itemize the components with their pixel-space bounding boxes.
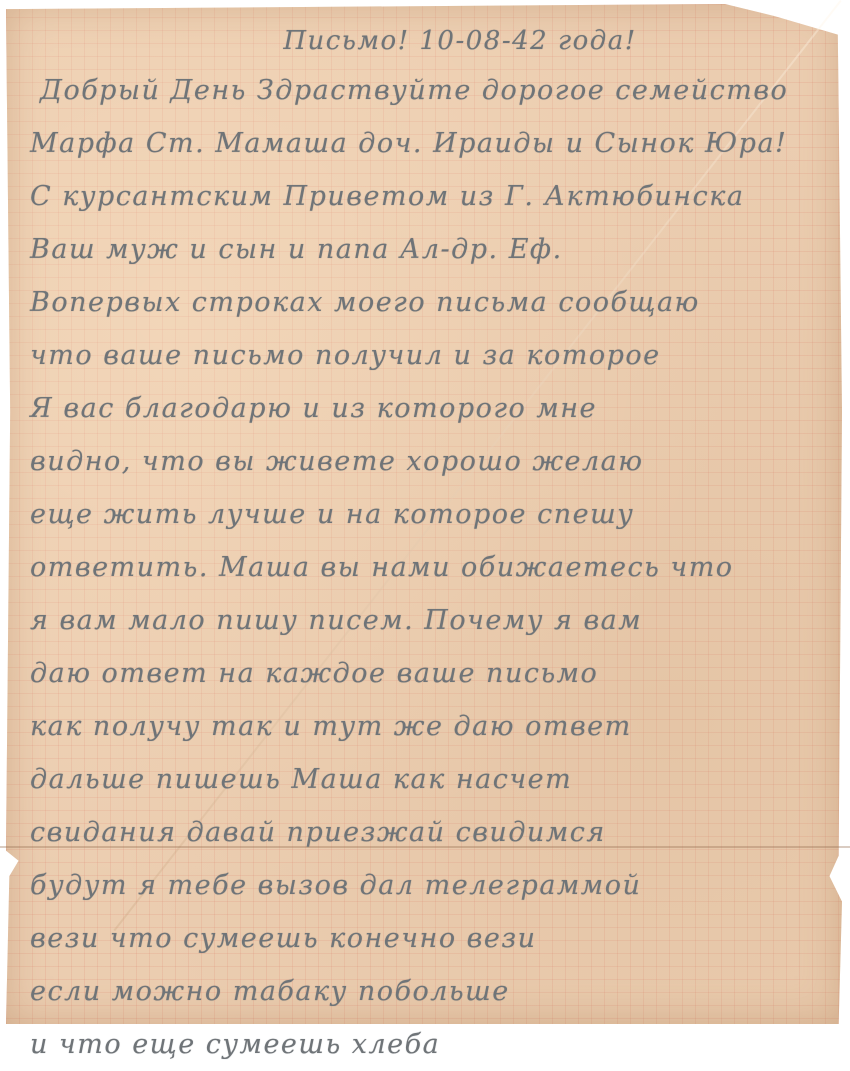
letter-body: Письмо! 10-08-42 года! Добрый День Здрас… (30, 18, 830, 1024)
letter-line: дальше пишешь Маша как насчет (30, 753, 830, 806)
letter-line: Вопервых строках моего письма сообщаю (30, 276, 830, 329)
letter-line: Я вас благодарю и из которого мне (30, 382, 830, 435)
letter-line: Ваш муж и сын и папа Ал-др. Еф. (30, 223, 830, 276)
letter-line: свидания давай приезжай свидимся (30, 806, 830, 859)
letter-line: Добрый День Здраствуйте дорогое семейств… (30, 64, 830, 117)
letter-line: если можно табаку побольше (30, 965, 830, 1018)
letter-line: даю ответ на каждое ваше письмо (30, 647, 830, 700)
letter-line: я вам мало пишу писем. Почему я вам (30, 594, 830, 647)
letter-line: как получу так и тут же даю ответ (30, 700, 830, 753)
letter-line: что ваше письмо получил и за которое (30, 329, 830, 382)
letter-line: С курсантским Приветом из Г. Актюбинска (30, 170, 830, 223)
letter-line: и что еще сумеешь хлеба (30, 1018, 830, 1024)
letter-line: ответить. Маша вы нами обижаетесь что (30, 541, 830, 594)
letter-heading: Письмо! 10-08-42 года! (30, 18, 830, 64)
letter-line: будут я тебе вызов дал телеграммой (30, 859, 830, 912)
letter-line: Марфа Ст. Мамаша доч. Ираиды и Сынок Юра… (30, 117, 830, 170)
letter-line: еще жить лучше и на которое спешу (30, 488, 830, 541)
letter-line: видно, что вы живете хорошо желаю (30, 435, 830, 488)
letter-line: вези что сумеешь конечно вези (30, 912, 830, 965)
